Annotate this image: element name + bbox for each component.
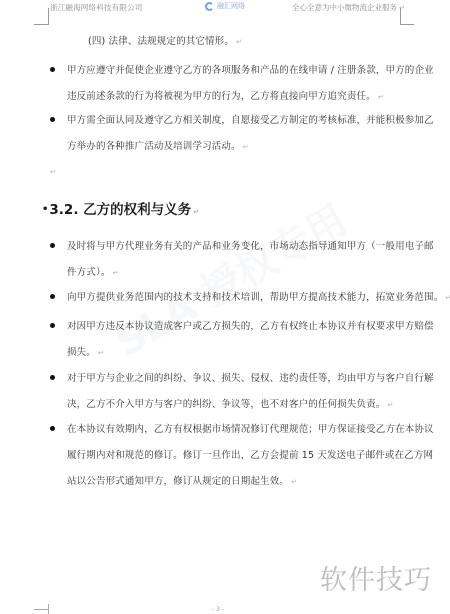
- bullet-icon: [50, 294, 55, 299]
- heading-bullet: •: [42, 204, 48, 215]
- bullet-icon: [50, 375, 55, 380]
- paragraph-mark-icon: ↵: [291, 478, 297, 486]
- list-item-line: 甲方应遵守并促使企业遵守乙方的各项服务和产品的在线申请 / 注册条款，甲方的企业: [67, 62, 434, 76]
- bullet-icon: [50, 243, 55, 248]
- section-title: 乙方的权利与义务: [83, 202, 191, 218]
- list-item-line-text: 违反前述条款的行为将被视为甲方的行为，乙方将直接向甲方追究责任。: [67, 91, 376, 102]
- header-slogan-text: 全心全意为中小微物流企业服务: [292, 3, 397, 12]
- list-item-line: 站以公告形式通知甲方，修订从规定的日期起生效。↵: [67, 473, 297, 487]
- header-slogan: 全心全意为中小微物流企业服务↵: [292, 2, 405, 13]
- section-heading: •3.2. 乙方的权利与义务↵: [42, 198, 199, 218]
- paragraph-mark-icon: ↵: [193, 208, 199, 216]
- header-company-name: 浙江融海网络科技有限公司: [50, 2, 142, 13]
- corner-brand-watermark: 软件技巧: [320, 558, 432, 597]
- list-item-line: 决，乙方不介入甲方与客户的纠纷、争议等，也不对客户的任何损失负责。↵: [67, 396, 393, 410]
- crop-mark-bottom-left: [48, 604, 49, 614]
- section-number: 3.2.: [49, 202, 78, 218]
- logo-icon: [205, 2, 214, 11]
- item-four-text: (四) 法律、法规规定的其它情形。↵: [88, 33, 242, 47]
- crop-mark-top-right: [400, 8, 401, 25]
- paragraph-mark-icon: ↵: [445, 294, 450, 302]
- list-item-line-text: 方举办的各种推广活动及培训学习活动。: [67, 141, 241, 152]
- bullet-icon: [50, 323, 55, 328]
- list-item-line-text: 站以公告形式通知甲方，修订从规定的日期起生效。: [67, 476, 289, 487]
- header-logo: 融汇网络: [205, 1, 245, 11]
- list-item-line: 损失。↵: [67, 344, 104, 358]
- paragraph-mark-icon: ↵: [236, 38, 242, 46]
- list-item-line-text: 损失。: [67, 347, 96, 358]
- logo-text: 融汇网络: [217, 1, 245, 11]
- list-item-line: 履行期内对和规范的修订。修订一旦作出，乙方会提前 15 天发送电子邮件或在乙方网: [67, 447, 433, 461]
- paragraph-mark-icon: ↵: [98, 349, 104, 357]
- paragraph-mark-icon: ↵: [243, 143, 249, 151]
- item-four-label: (四) 法律、法规规定的其它情形。: [88, 36, 234, 47]
- document-page: 浙江融海网络科技有限公司 融汇网络 全心全意为中小微物流企业服务↵ SLA 授权…: [0, 0, 450, 614]
- list-item-line: 及时将与甲方代理业务有关的产品和业务变化，市场动态指导通知甲方（一般用电子邮: [67, 238, 434, 252]
- paragraph-mark-icon: ↵: [50, 168, 56, 176]
- crop-mark-top-left: [48, 8, 49, 25]
- list-item-line: 对因甲方违反本协议造成客户或乙方损失的，乙方有权终止本协议并有权要求甲方赔偿: [67, 318, 434, 332]
- paragraph-mark-icon: ↵: [113, 269, 119, 277]
- list-item-line: 向甲方提供业务范围内的技术支持和技术培训，帮助甲方提高技术能力，拓宽业务范围。↵: [67, 289, 450, 303]
- paragraph-mark-icon: ↵: [378, 93, 384, 101]
- bullet-icon: [50, 426, 55, 431]
- list-item-line-text: 向甲方提供业务范围内的技术支持和技术培训，帮助甲方提高技术能力，拓宽业务范围。: [67, 292, 443, 303]
- list-item-line: 违反前述条款的行为将被视为甲方的行为，乙方将直接向甲方追究责任。↵: [67, 88, 384, 102]
- list-item-line-text: 决，乙方不介入甲方与客户的纠纷、争议等，也不对客户的任何损失负责。: [67, 399, 385, 410]
- crop-mark-top-right: [400, 24, 414, 25]
- bullet-icon: [50, 67, 55, 72]
- crop-mark-bottom-left: [34, 609, 48, 610]
- list-item-line: 甲方需全面认同及遵守乙方相关制度，自愿接受乙方制定的考核标准，并能积极参加乙: [67, 112, 434, 126]
- crop-mark-top-left: [34, 24, 49, 25]
- list-item-line: 方举办的各种推广活动及培训学习活动。↵: [67, 138, 249, 152]
- list-item-line: 对于甲方与企业之间的纠纷、争议、损失、侵权、违约责任等，均由甲方与客户自行解: [67, 370, 434, 384]
- list-item-line: 在本协议有效期内，乙方有权根据市场情况修订代理规范；甲方保证接受乙方在本协议: [67, 421, 434, 435]
- list-item-line: 件方式）。↵: [67, 264, 119, 278]
- list-item-line-text: 件方式）。: [67, 267, 111, 278]
- bullet-icon: [50, 117, 55, 122]
- paragraph-mark-icon: ↵: [387, 401, 393, 409]
- page-number: - 3 -: [212, 606, 224, 613]
